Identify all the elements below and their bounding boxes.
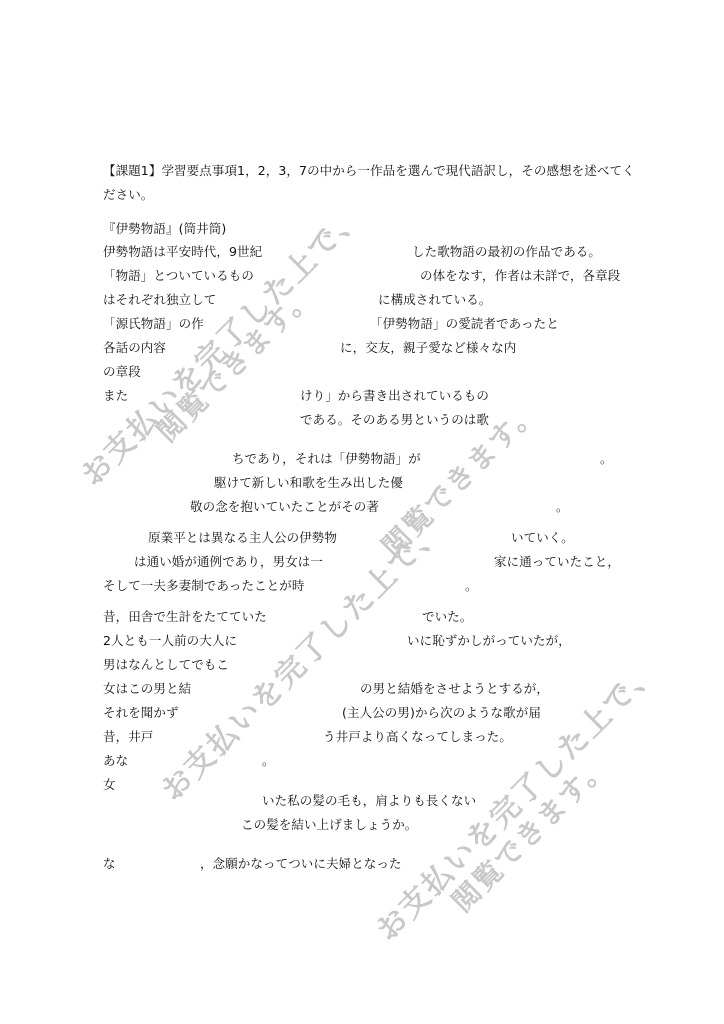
- task-heading-line-2: ださい。: [103, 187, 153, 203]
- body-text-fragment: の章段: [103, 364, 141, 380]
- body-text-fragment: 伊勢物語は平安時代，9世紀: [103, 244, 262, 260]
- body-text-fragment: いに恥ずかしがっていたが，: [407, 633, 571, 649]
- body-text-fragment: 「源氏物語」の作: [103, 316, 204, 332]
- body-text-fragment: 女: [103, 777, 116, 793]
- body-text-fragment: あな: [103, 753, 128, 769]
- body-text-fragment: 家に通っていたこと，: [494, 554, 620, 570]
- body-text-fragment: この髪を結い上げましょうか。: [241, 817, 417, 833]
- body-text-fragment: な: [103, 856, 116, 872]
- body-text-fragment: の男と結婚をさせようとするが，: [360, 681, 549, 697]
- body-text-fragment: 敬の念を抱いていたことがその著: [190, 499, 379, 515]
- body-text-fragment: である。そのある男というのは歌: [300, 412, 489, 428]
- body-text-fragment: 。: [465, 578, 478, 594]
- body-text-fragment: 。: [556, 499, 569, 515]
- body-text-fragment: した歌物語の最初の作品である。: [412, 244, 601, 260]
- body-text-fragment: (主人公の男)から次のような歌が届: [342, 705, 541, 721]
- body-text-fragment: けり」から書き出されているもの: [300, 388, 489, 404]
- task-heading-line-1: 【課題1】学習要点事項1，2，3，7の中から一作品を選んで現代語訳し，その感想を…: [103, 163, 635, 179]
- body-text-fragment: 各話の内容: [103, 340, 166, 356]
- body-text-fragment: は通い婚が通例であり，男女は一: [134, 554, 323, 570]
- body-text-fragment: の体をなす，作者は未詳で，各章段: [420, 268, 620, 284]
- document-page: 【課題1】学習要点事項1，2，3，7の中から一作品を選んで現代語訳し，その感想を…: [0, 0, 724, 1024]
- body-text-fragment: でいた。: [422, 609, 472, 625]
- body-text-fragment: そして一夫多妻制であったことが時: [103, 578, 304, 594]
- body-text-fragment: 「物語」とついているもの: [103, 268, 254, 284]
- body-text-fragment: 昔，田舎で生計をたてていた: [103, 609, 267, 625]
- body-text-fragment: 。: [262, 753, 275, 769]
- body-text-fragment: 「伊勢物語」の愛読者であったと: [370, 316, 559, 332]
- body-text-fragment: いた私の髪の毛も，肩よりも長くない: [262, 793, 476, 809]
- body-text-fragment: はそれぞれ独立して: [103, 292, 216, 308]
- body-text-fragment: それを聞かず: [103, 705, 179, 721]
- body-text-fragment: 原業平とは異なる主人公の伊勢物: [148, 530, 337, 546]
- body-text-fragment: 駆けて新しい和歌を生み出した優: [214, 475, 403, 491]
- body-text-fragment: 。: [600, 451, 613, 467]
- body-text-fragment: また: [103, 388, 128, 404]
- body-text-fragment: 2人とも一人前の大人に: [103, 633, 237, 649]
- body-text-fragment: に構成されている。: [378, 292, 491, 308]
- body-text-fragment: ，念願かなってついに夫婦となった: [200, 856, 402, 872]
- body-text-fragment: う井戸より高くなってしまった。: [323, 729, 512, 745]
- body-text-fragment: 昔，井戸: [103, 729, 153, 745]
- work-title: 『伊勢物語』(筒井筒): [103, 221, 226, 237]
- body-text-fragment: いていく。: [511, 530, 574, 546]
- body-text-fragment: に，交友，親子愛など様々な内: [340, 340, 516, 356]
- body-text-fragment: ちであり，それは「伊勢物語」が: [232, 451, 421, 467]
- body-text-fragment: 女はこの男と結: [103, 681, 191, 697]
- body-text-fragment: 男はなんとしてでもこ: [103, 657, 229, 673]
